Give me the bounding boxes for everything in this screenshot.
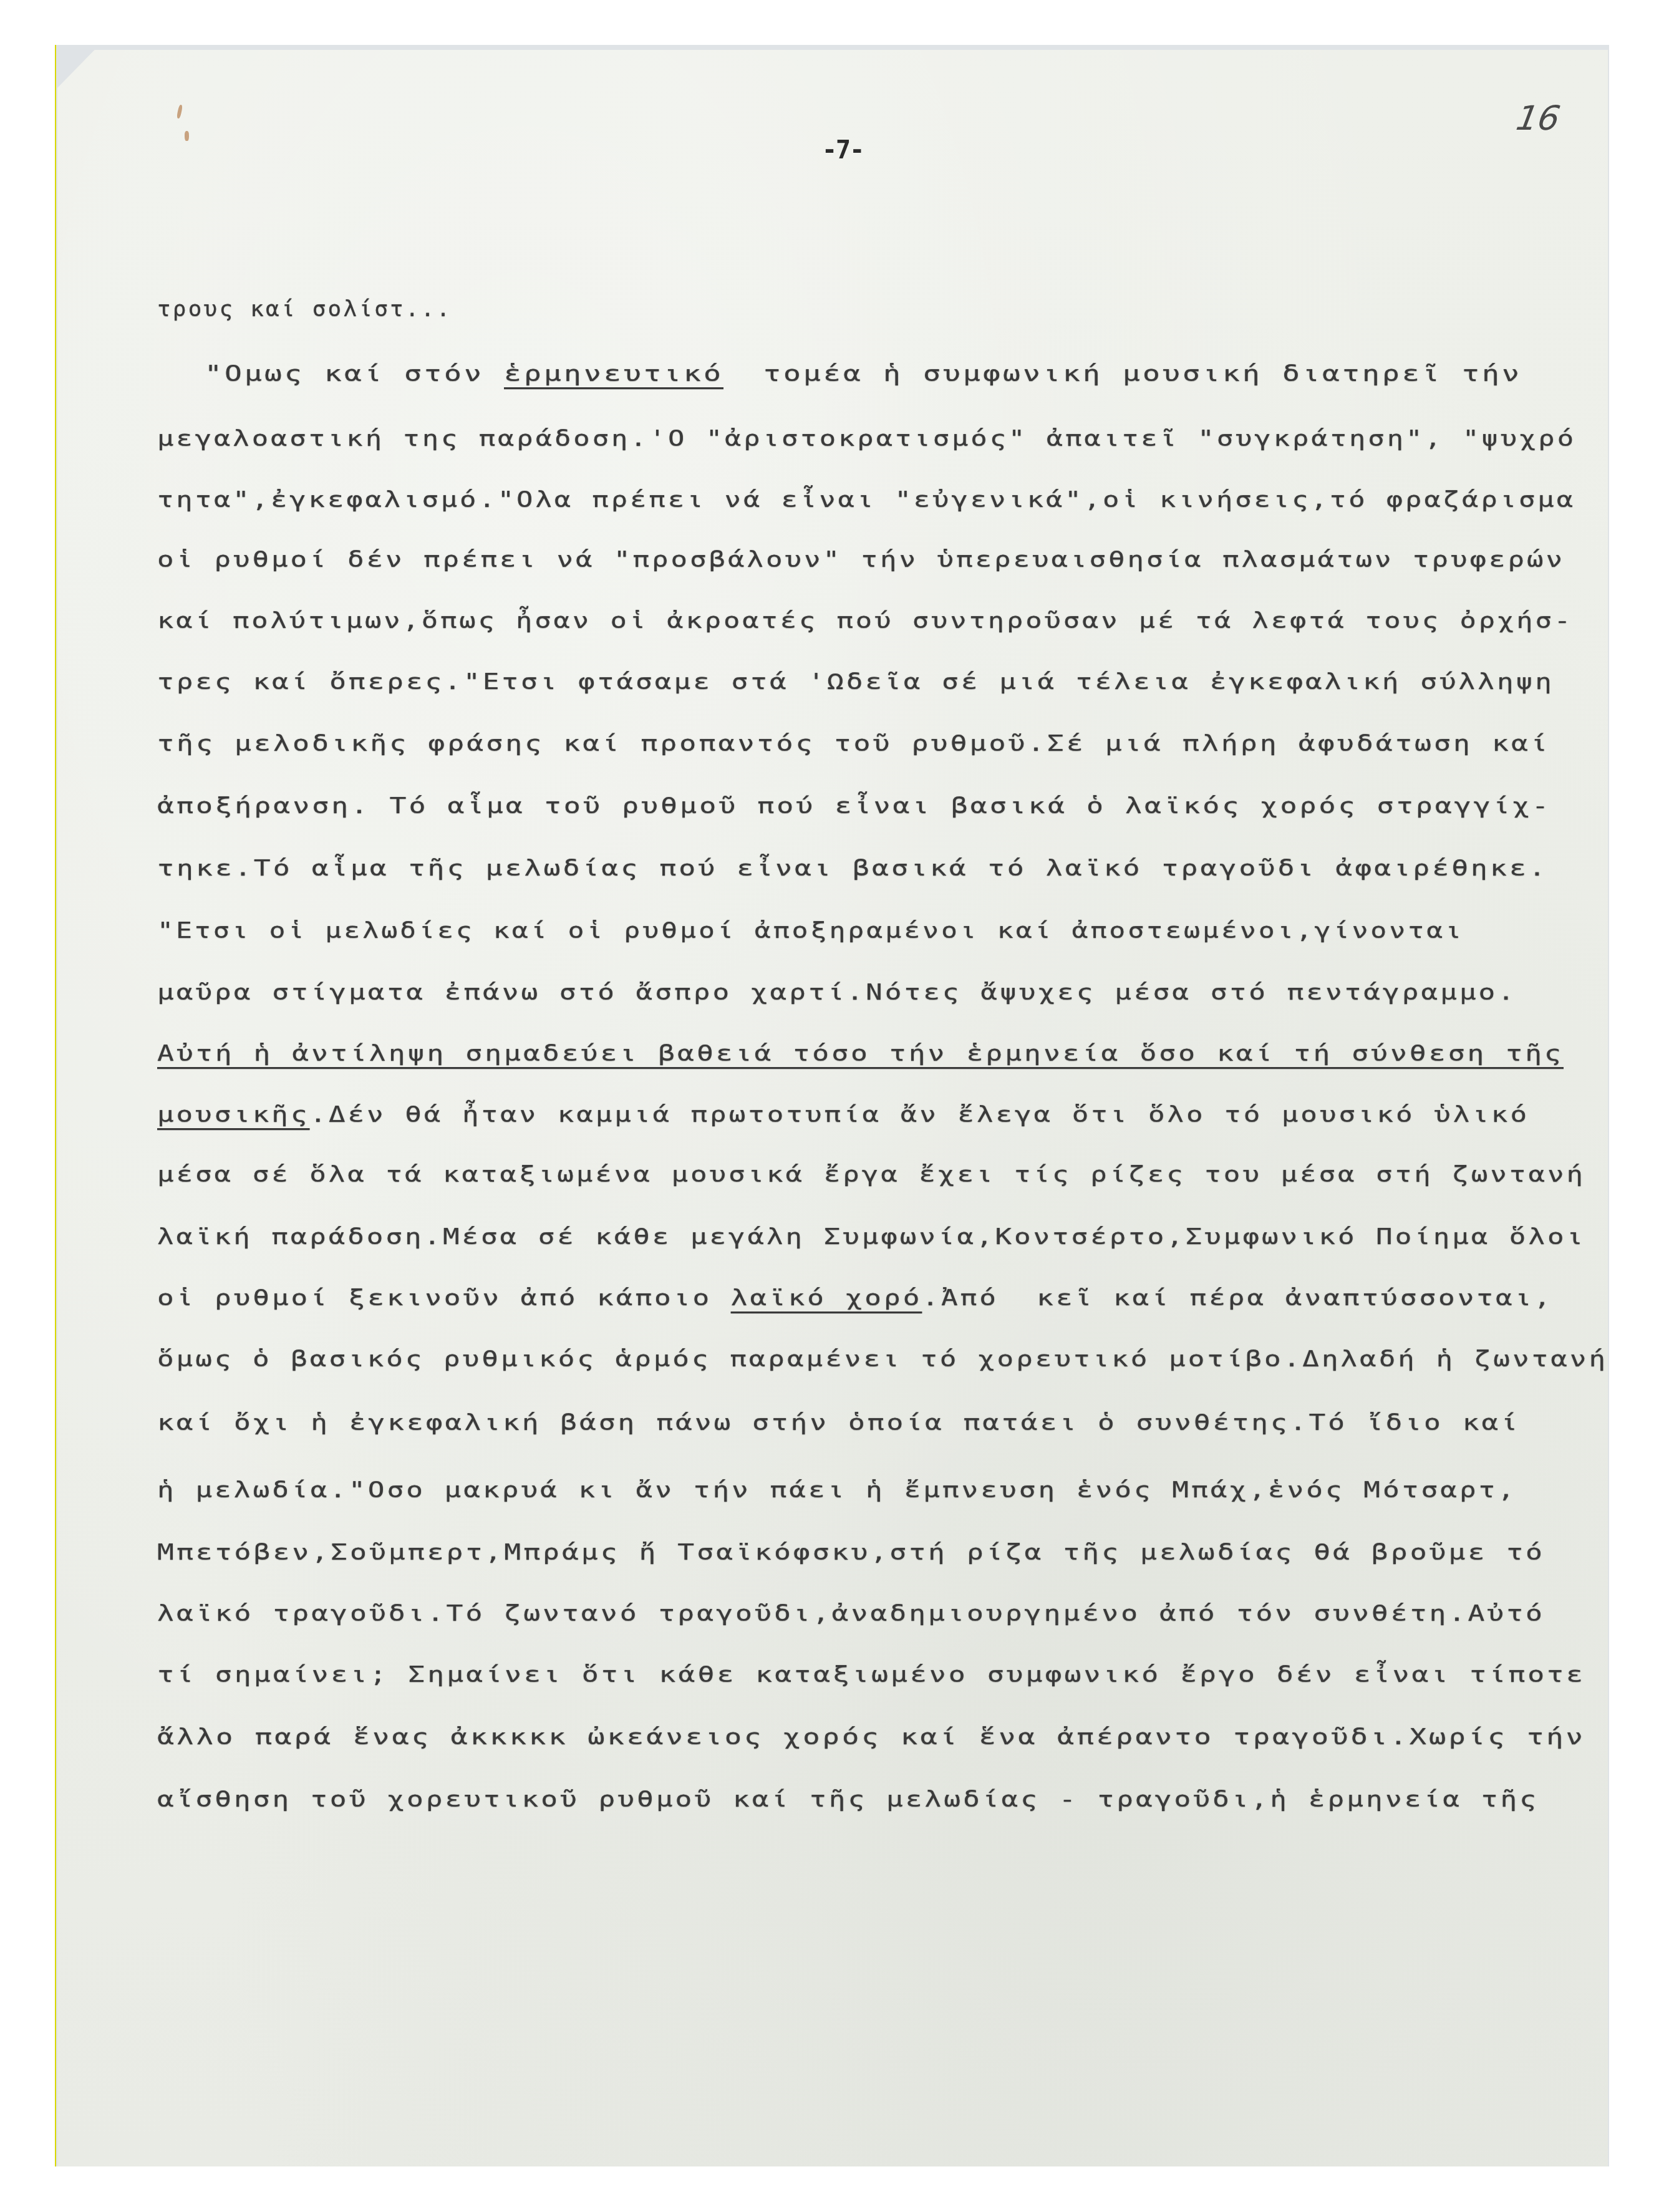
text-line: τί σημαίνει; Σημαίνει ὅτι κάθε καταξιωμέ… — [157, 1664, 1585, 1686]
text-line: μέσα σέ ὅλα τά καταξιωμένα μουσικά ἔργα … — [157, 1164, 1585, 1186]
text-line: τηκε.Τό αἷμα τῆς μελωδίας πού εἶναι βασι… — [157, 857, 1548, 880]
text-line: αἴσθηση τοῦ χορευτικοῦ ρυθμοῦ καί τῆς με… — [157, 1789, 1539, 1811]
text-line: ἀποξήρανση. Τό αἷμα τοῦ ρυθμοῦ πού εἶναι… — [157, 795, 1551, 818]
text-line: λαϊκό τραγοῦδι.Τό ζωντανό τραγοῦδι,ἀναδη… — [157, 1603, 1545, 1625]
handwritten-folio-number: 16 — [1513, 99, 1563, 138]
text-line: μουσικῆς.Δέν θά ἦταν καμμιά πρωτοτυπία ἄ… — [157, 1104, 1529, 1126]
text-line: μεγαλοαστική της παράδοση.'Ο "ἀριστοκρατ… — [157, 428, 1576, 450]
rust-stain — [177, 105, 183, 119]
text-line: ἡ μελωδία."Οσο μακρυά κι ἄν τήν πάει ἡ ἔ… — [157, 1479, 1517, 1502]
text-line: λαϊκή παράδοση.Μέσα σέ κάθε μεγάλη Συμφω… — [157, 1226, 1585, 1248]
text-line: τῆς μελοδικῆς φράσης καί προπαντός τοῦ ρ… — [157, 733, 1550, 755]
text-line: καί ὄχι ἡ ἐγκεφαλική βάση πάνω στήν ὁποί… — [157, 1412, 1520, 1434]
text-line: τρες καί ὄπερες."Ετσι φτάσαμε στά 'Ωδεῖα… — [157, 671, 1554, 693]
text-line: Αὐτή ἡ ἀντίληψη σημαδεύει βαθειά τόσο τή… — [157, 1043, 1564, 1065]
text-line: καί πολύτιμων,ὅπως ἦσαν οἱ ἀκροατές πού … — [157, 610, 1573, 632]
text-line: τρους καί σολίστ... — [157, 298, 452, 321]
text-line: Μπετόβεν,Σοῦμπερτ,Μπράμς ἤ Τσαϊκόφσκυ,στ… — [157, 1542, 1545, 1564]
text-line: οἱ ρυθμοί ξεκινοῦν ἀπό κάποιο λαϊκό χορό… — [157, 1287, 1553, 1310]
text-line: τητα",ἐγκεφαλισμό."Ολα πρέπει νά εἶναι "… — [157, 489, 1575, 511]
text-line: μαῦρα στίγματα ἐπάνω στό ἄσπρο χαρτί.Νότ… — [157, 982, 1517, 1004]
page-number: -7- — [822, 136, 863, 165]
text-line: "Ομως καί στόν ἑρμηνευτικό τομέα ἡ συμφω… — [205, 363, 1522, 385]
text-line: ὅμως ὁ βασικός ρυθμικός ἁρμός παραμένει … — [157, 1348, 1608, 1371]
text-line: ἄλλο παρά ἕνας ἀκκκκκ ὠκεάνειος χορός κα… — [157, 1726, 1585, 1749]
text-line: οἱ ρυθμοί δέν πρέπει νά "προσβάλουν" τήν… — [157, 549, 1565, 571]
rust-stain — [185, 131, 189, 141]
text-line: "Ετσι οἱ μελωδίες καί οἱ ρυθμοί ἀποξηραμ… — [157, 920, 1464, 942]
